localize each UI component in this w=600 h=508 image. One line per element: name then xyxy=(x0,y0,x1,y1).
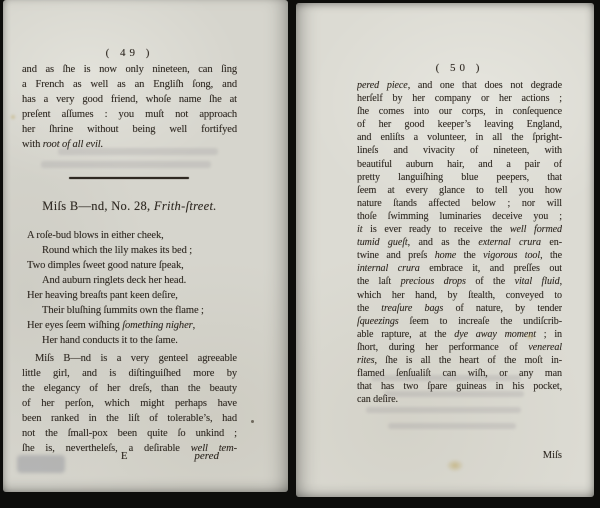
page-number-right: ( 50 ) xyxy=(357,62,562,74)
text-segment: pretty languiſhing blue peepers, that xyxy=(357,172,562,183)
heading-rule xyxy=(69,177,189,179)
text-line: little girl, and is diſtinguiſhed more b… xyxy=(22,366,237,381)
text-segment: ſqueezings xyxy=(357,316,399,327)
text-line: of her perſon, which might perhaps have xyxy=(22,396,237,411)
text-line: thoſe ſwimming luminaries deceive you ; xyxy=(357,210,562,223)
text-segment: pered piece xyxy=(357,80,408,91)
text-line: not the ſmall-pox been quite ſo unkind ; xyxy=(22,426,237,441)
text-segment: preſent aſſumes : you muſt not approach xyxy=(22,109,237,120)
text-segment: vigorous tool xyxy=(483,250,540,261)
text-line: ſhort, during her performance of venerea… xyxy=(357,341,562,354)
text-segment: the xyxy=(357,303,381,314)
text-line: has a very good friend, whoſe name ſhe a… xyxy=(22,92,237,107)
text-line: rites, ſhe is all the heart of the moſt … xyxy=(357,354,562,367)
text-segment: ſeem to increaſe the undiſcrib- xyxy=(399,316,562,327)
catchword-left: pered xyxy=(194,450,219,462)
text-line: Her hand conducts it to the ſame. xyxy=(27,333,237,348)
book-scan: ( 49 ) and as ſhe is now only nineteen, … xyxy=(0,0,600,508)
text-line: Round which the lily makes its bed ; xyxy=(27,243,237,258)
verse-block: A roſe-bud blows in either cheek,Round w… xyxy=(27,228,237,348)
text-segment: and as ſhe is now only nineteen, can ſin… xyxy=(22,64,237,75)
text-segment: been ranked in the liſt of tolerable’s, … xyxy=(22,413,237,424)
text-segment: Her eyes ſeem wiſhing xyxy=(27,320,122,331)
text-segment: well formed xyxy=(510,224,562,235)
text-segment: home xyxy=(435,250,456,261)
text-segment: of nature, by tender xyxy=(443,303,562,314)
text-line: A roſe-bud blows in either cheek, xyxy=(27,228,237,243)
paragraph-continuation: and as ſhe is now only nineteen, can ſin… xyxy=(22,62,237,152)
text-line: herſelf by her company or her actions ; xyxy=(357,92,562,105)
text-line: the treaſure bags of nature, by tender xyxy=(357,302,562,315)
text-segment: of the xyxy=(466,276,515,287)
text-segment: herſelf by her company or her actions ; xyxy=(357,93,562,104)
text-segment: ſhort, during her performance of xyxy=(357,342,528,353)
text-segment: Two dimples ſweet good nature ſpeak, xyxy=(27,260,184,271)
text-segment: Her hand conducts it to the ſame. xyxy=(42,335,178,346)
text-segment: ; in xyxy=(536,329,562,340)
text-segment: , ſhe is all the heart of the moſt in- xyxy=(374,355,562,366)
body-paragraph: pered piece, and one that does not degra… xyxy=(357,79,562,406)
text-line: ſhe comes into our corps, in conſequence xyxy=(357,105,562,118)
text-segment: lineſs and vivacity of nineteen, with xyxy=(357,145,562,156)
text-line: pretty languiſhing blue peepers, that xyxy=(357,171,562,184)
text-line: a French as well as an Engliſh ſong, and xyxy=(22,77,237,92)
ink-fleck xyxy=(251,420,254,423)
text-segment: able rapture, at the xyxy=(357,329,454,340)
text-segment: treaſure bags xyxy=(381,303,443,314)
text-segment: of her good keeper’s leaving England, xyxy=(357,119,562,130)
show-through-artifact xyxy=(58,148,218,155)
text-segment: embrace it, and preſſes out xyxy=(420,263,562,274)
show-through-artifact xyxy=(371,375,521,381)
show-through-artifact xyxy=(366,407,521,413)
text-line: her ſhrine without being well fortifyed xyxy=(22,122,237,137)
text-line: lineſs and vivacity of nineteen, with xyxy=(357,144,562,157)
text-line: And auburn ringlets deck her head. xyxy=(27,273,237,288)
text-line: beautiful auburn hair, and a pair of xyxy=(357,158,562,171)
text-segment: ſhe comes into our corps, in conſequence xyxy=(357,106,562,117)
text-line: Their bluſhing ſummits own the flame ; xyxy=(27,303,237,318)
text-segment: of her perſon, which might perhaps have xyxy=(22,398,237,409)
text-line: Her heaving breaſts pant keen deſire, xyxy=(27,288,237,303)
text-segment: thoſe ſwimming luminaries deceive you ; xyxy=(357,211,562,222)
text-segment: dye away moment xyxy=(454,329,536,340)
text-segment: , xyxy=(560,276,562,287)
text-segment: Round which the lily makes its bed ; xyxy=(42,245,192,256)
text-segment: , xyxy=(193,320,196,331)
text-segment: beautiful auburn hair, and a pair of xyxy=(357,159,562,170)
text-segment: twine and preſs xyxy=(357,250,435,261)
text-line: pered piece, and one that does not degra… xyxy=(357,79,562,92)
text-line: twine and preſs home the vigorous tool, … xyxy=(357,249,562,262)
text-segment: Frith-ſtreet. xyxy=(154,199,217,213)
text-line: and enliſts a volunteer, in all the ſpri… xyxy=(357,131,562,144)
text-segment: vital fluid xyxy=(515,276,560,287)
paper-stain xyxy=(10,114,16,120)
text-line: it is ever ready to receive the well for… xyxy=(357,223,562,236)
text-line: tumid gueſt, and as the external crura e… xyxy=(357,236,562,249)
text-segment: a French as well as an Engliſh ſong, and xyxy=(22,79,237,90)
text-segment: her ſhrine without being well fortifyed xyxy=(22,124,237,135)
press-signature: E xyxy=(121,450,128,462)
text-segment: the laſt xyxy=(357,276,401,287)
text-segment: venereal xyxy=(528,342,562,353)
paper-stain xyxy=(526,333,534,340)
text-segment: not the ſmall-pox been quite ſo unkind ; xyxy=(22,428,237,439)
text-segment: which her hand, by ſtealth, conveyed to xyxy=(357,290,562,301)
text-line: the laſt precious drops of the vital flu… xyxy=(357,275,562,288)
text-segment: tumid gueſt xyxy=(357,237,408,248)
show-through-artifact xyxy=(41,161,211,168)
text-line: nature ſtands affected below ; nor will xyxy=(357,197,562,210)
text-line: of her good keeper’s leaving England, xyxy=(357,118,562,131)
text-segment: A roſe-bud blows in either cheek, xyxy=(27,230,164,241)
entry-heading: Miſs B—nd, No. 28, Frith-ſtreet. xyxy=(22,199,237,214)
paper-stain xyxy=(446,459,464,472)
text-segment: , and one that does not degrade xyxy=(408,80,562,91)
text-line: been ranked in the liſt of tolerable’s, … xyxy=(22,411,237,426)
text-line: and as ſhe is now only nineteen, can ſin… xyxy=(22,62,237,77)
text-segment: with xyxy=(22,139,43,150)
text-segment: , the xyxy=(540,250,562,261)
text-segment: And auburn ringlets deck her head. xyxy=(42,275,186,286)
text-line: Two dimples ſweet good nature ſpeak, xyxy=(27,258,237,273)
text-segment: is ever ready to receive the xyxy=(362,224,509,235)
text-line: ſeem at every glance to tell you how xyxy=(357,184,562,197)
text-line: Her eyes ſeem wiſhing ſomething nigher, xyxy=(27,318,237,333)
show-through-artifact xyxy=(384,391,524,397)
text-line: which her hand, by ſtealth, conveyed to xyxy=(357,289,562,302)
text-segment: en- xyxy=(541,237,562,248)
text-line: internal crura embrace it, and preſſes o… xyxy=(357,262,562,275)
text-line: ſqueezings ſeem to increaſe the undiſcri… xyxy=(357,315,562,328)
text-segment: , and as the xyxy=(408,237,479,248)
entry-paragraph: Miſs B—nd is a very genteel agreeablelit… xyxy=(22,351,237,456)
text-segment: ſomething nigher xyxy=(122,320,192,331)
text-segment: Their bluſhing ſummits own the flame ; xyxy=(42,305,204,316)
show-through-artifact xyxy=(388,423,516,429)
text-line: preſent aſſumes : you muſt not approach xyxy=(22,107,237,122)
text-segment: precious drops xyxy=(401,276,466,287)
text-segment: Her heaving breaſts pant keen deſire, xyxy=(27,290,178,301)
text-segment: ſeem at every glance to tell you how xyxy=(357,185,562,196)
text-segment: rites xyxy=(357,355,374,366)
text-segment: the elegancy of her dreſs, than the beau… xyxy=(22,383,237,394)
text-segment: little girl, and is diſtinguiſhed more b… xyxy=(22,368,237,379)
left-page: ( 49 ) and as ſhe is now only nineteen, … xyxy=(3,0,288,492)
text-segment: external crura xyxy=(478,237,541,248)
text-segment: the xyxy=(456,250,483,261)
text-segment: Miſs B—nd, No. 28, xyxy=(42,199,154,213)
text-segment: Miſs B—nd is a very genteel agreeable xyxy=(35,353,237,364)
text-segment: internal crura xyxy=(357,263,420,274)
right-page: ( 50 ) pered piece, and one that does no… xyxy=(296,3,594,497)
text-segment: nature ſtands affected below ; nor will xyxy=(357,198,562,209)
text-line: Miſs B—nd is a very genteel agreeable xyxy=(22,351,237,366)
text-segment: and enliſts a volunteer, in all the ſpri… xyxy=(357,132,562,143)
page-number-left: ( 49 ) xyxy=(22,47,237,59)
show-through-artifact xyxy=(17,455,65,473)
text-line: the elegancy of her dreſs, than the beau… xyxy=(22,381,237,396)
text-segment: has a very good friend, whoſe name ſhe a… xyxy=(22,94,237,105)
